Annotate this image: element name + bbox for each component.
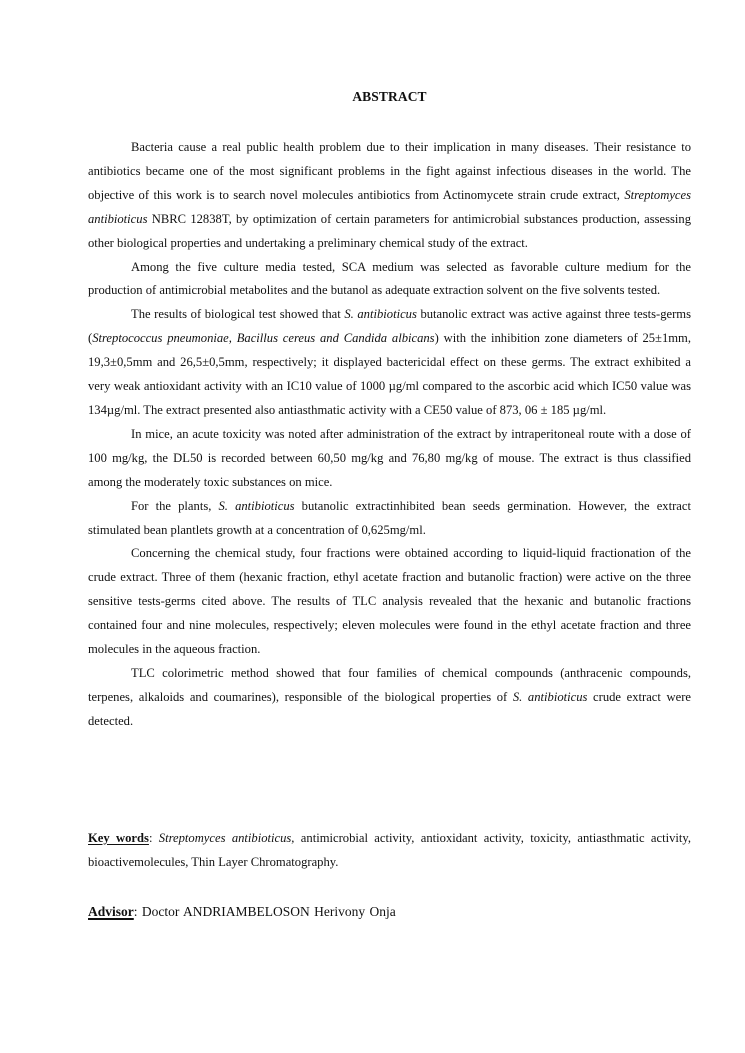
- text: Among the five culture media tested, SCA…: [88, 260, 691, 298]
- paragraph-plants: For the plants, S. antibioticus butanoli…: [88, 495, 691, 543]
- advisor-section: Advisor: Doctor ANDRIAMBELOSON Herivony …: [88, 902, 396, 922]
- paragraph-toxicity: In mice, an acute toxicity was noted aft…: [88, 423, 691, 495]
- paragraph-culture-media: Among the five culture media tested, SCA…: [88, 256, 691, 304]
- text: In mice, an acute toxicity was noted aft…: [88, 427, 691, 489]
- paragraph-biological-results: The results of biological test showed th…: [88, 303, 691, 423]
- paragraph-intro: Bacteria cause a real public health prob…: [88, 136, 691, 256]
- text: Bacteria cause a real public health prob…: [88, 140, 691, 202]
- keywords-species: Streptomyces antibioticus,: [159, 831, 295, 845]
- text: The results of biological test showed th…: [131, 307, 344, 321]
- advisor-label: Advisor: [88, 904, 134, 919]
- abstract-title: ABSTRACT: [88, 89, 691, 105]
- test-germs: Streptococcus pneumoniae, Bacillus cereu…: [92, 331, 434, 345]
- paragraph-tlc: TLC colorimetric method showed that four…: [88, 662, 691, 734]
- keywords-section: Key words: Streptomyces antibioticus, an…: [88, 826, 691, 874]
- species-name: S. antibioticus: [344, 307, 417, 321]
- abstract-body: Bacteria cause a real public health prob…: [88, 136, 691, 734]
- advisor-name: Doctor ANDRIAMBELOSON Herivony Onja: [142, 904, 396, 919]
- paragraph-chemical-study: Concerning the chemical study, four frac…: [88, 542, 691, 662]
- keywords-separator: :: [149, 831, 159, 845]
- keywords-label: Key words: [88, 831, 149, 845]
- text: For the plants,: [131, 499, 219, 513]
- text: NBRC 12838T, by optimization of certain …: [88, 212, 691, 250]
- advisor-separator: :: [134, 904, 142, 919]
- species-name: S. antibioticus: [219, 499, 295, 513]
- text: Concerning the chemical study, four frac…: [88, 546, 691, 656]
- species-name: S. antibioticus: [513, 690, 588, 704]
